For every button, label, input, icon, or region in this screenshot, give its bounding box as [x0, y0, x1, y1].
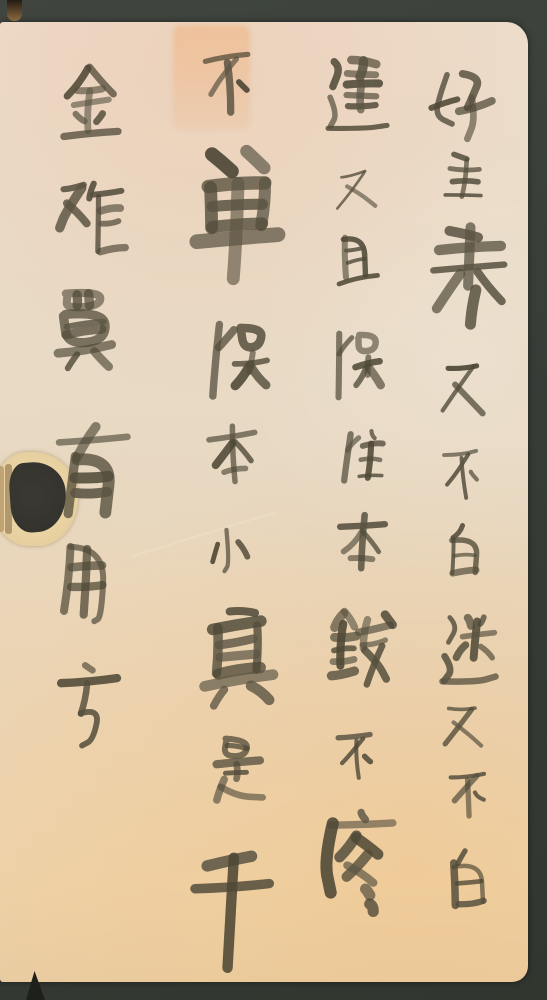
calligraphy-column-3	[193, 54, 279, 969]
manuscript-scan: 好生养又不白迷又不白 運又且保住本錢不疼 不單保本小真是千 金难買有用方	[0, 0, 547, 1000]
calligraphy-column-4	[54, 67, 128, 746]
calligraphy	[0, 0, 547, 1000]
calligraphy-column-2	[325, 59, 393, 912]
calligraphy-column-1	[429, 72, 504, 906]
